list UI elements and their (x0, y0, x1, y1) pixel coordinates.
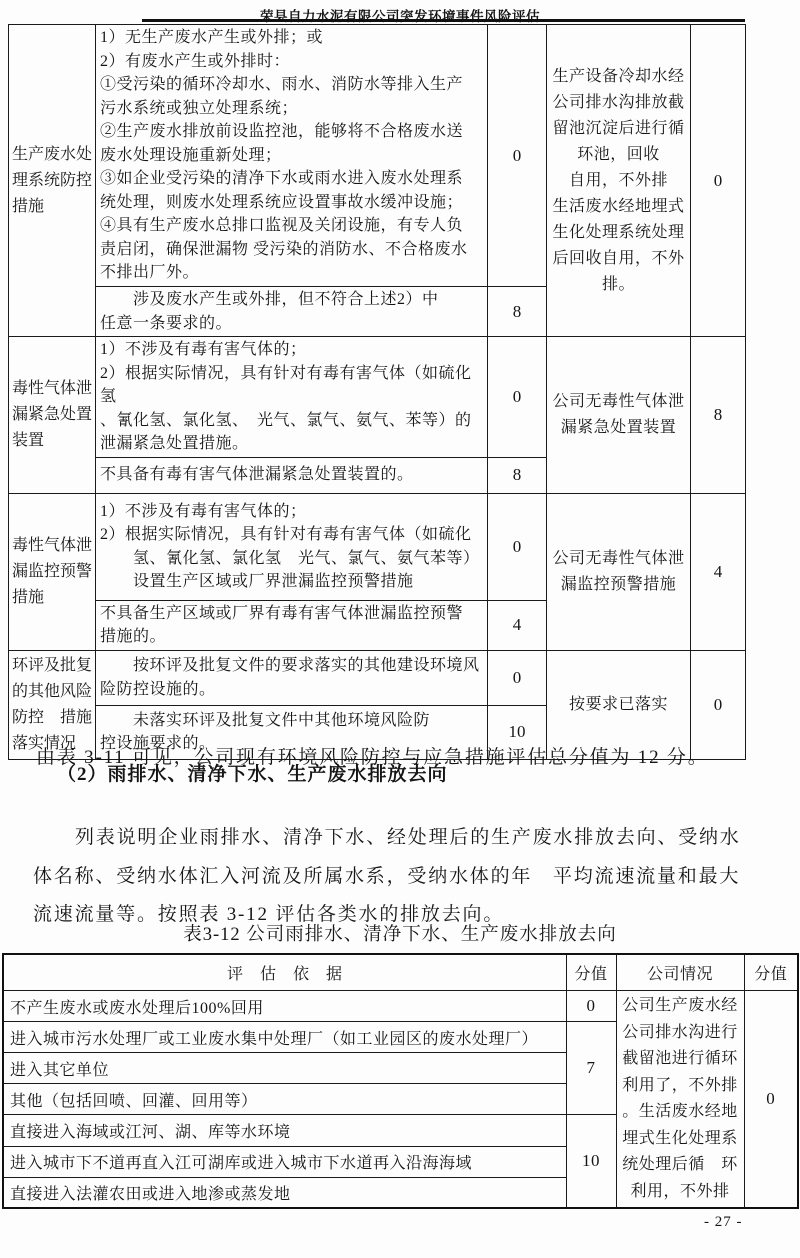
row-label-cell: 毒性气体泄漏紧急处置装置 (9, 337, 96, 494)
score-cell: 0 (566, 991, 616, 1022)
company-status-cell: 生产设备冷却水经 公司排水沟排放截 留池沉淀后进行循 环池，回收 自用，不外排 … (547, 25, 691, 337)
document-page: 荣县自力水泥有限公司突发环境事件风险评估 生产废水处理系统防控措施 1）无生产废… (0, 0, 800, 1258)
score-cell: 0 (488, 493, 547, 600)
criteria-cell: 进入城市下不道再直入江可湖库或进入城市下水道再入沿海海域 (3, 1146, 566, 1177)
header-score: 分值 (744, 954, 798, 991)
table-row: 毒性气体泄漏紧急处置装置 1）不涉及有毒有害气体的； 2）根据实际情况，具有针对… (9, 337, 746, 458)
criteria-cell: 直接进入海域或江河、湖、库等水环境 (3, 1115, 566, 1146)
company-score-cell: 0 (691, 25, 746, 337)
table-row: 生产废水处理系统防控措施 1）无生产废水产生或外排；或 2）有废水产生或外排时：… (9, 25, 746, 287)
criteria-cell: 不具备有毒有害气体泄漏紧急处置装置的。 (96, 457, 488, 493)
score-cell: 0 (488, 650, 547, 705)
score-cell: 4 (488, 600, 547, 650)
criteria-cell: 进入其它单位 (3, 1053, 566, 1084)
score-cell: 8 (488, 457, 547, 493)
risk-measures-table: 生产废水处理系统防控措施 1）无生产废水产生或外排；或 2）有废水产生或外排时：… (8, 24, 746, 760)
company-status-cell: 公司无毒性气体泄 漏监控预警措施 (547, 493, 691, 650)
table-header-row: 评 估 依 据 分值 公司情况 分值 (3, 954, 798, 991)
page-number: - 27 - (704, 1214, 743, 1231)
criteria-cell: 其他（包括回喷、回灌、回用等） (3, 1084, 566, 1115)
discharge-destination-table: 评 估 依 据 分值 公司情况 分值 不产生废水或废水处理后100%回用 0 公… (2, 953, 799, 1209)
table-row: 毒性气体泄漏监控预警措施 1）不涉及有毒有害气体的； 2）根据实际情况，具有针对… (9, 493, 746, 600)
company-status-cell: 公司无毒性气体泄 漏紧急处置装置 (547, 337, 691, 494)
body-paragraph: 列表说明企业雨排水、清净下水、经处理后的生产废水排放去向、受纳水 体名称、受纳水… (33, 819, 763, 935)
criteria-cell: 涉及废水产生或外排，但不符合上述2）中 任意一条要求的。 (96, 287, 488, 337)
header-criteria: 评 估 依 据 (3, 954, 566, 991)
criteria-cell: 直接进入法灌农田或进入地渗或蒸发地 (3, 1177, 566, 1208)
score-cell: 10 (566, 1115, 616, 1208)
criteria-cell: 1）不涉及有毒有害气体的； 2）根据实际情况，具有针对有毒有害气体（如硫化 氢、… (96, 493, 488, 600)
score-cell: 7 (566, 1022, 616, 1115)
score-cell: 0 (488, 25, 547, 287)
table-caption: 表3-12 公司雨排水、清净下水、生产废水排放去向 (0, 920, 800, 950)
company-score-cell: 8 (691, 337, 746, 494)
header-score: 分值 (566, 954, 616, 991)
company-status-cell: 公司生产废水经 公司排水沟进行 截留池进行循环 利用了，不外排 。生活废水经地 … (616, 991, 744, 1209)
criteria-cell: 不具备生产区域或厂界有毒有害气体泄漏监控预警 措施的。 (96, 600, 488, 650)
criteria-cell: 1）无生产废水产生或外排；或 2）有废水产生或外排时： ①受污染的循环冷却水、雨… (96, 25, 488, 287)
criteria-cell: 不产生废水或废水处理后100%回用 (3, 991, 566, 1022)
row-label-cell: 生产废水处理系统防控措施 (9, 25, 96, 337)
company-score-cell: 4 (691, 493, 746, 650)
table-row: 环评及批复的其他风险防控 措施落实情况 按环评及批复文件的要求落实的其他建设环境… (9, 650, 746, 705)
table-row: 不产生废水或废水处理后100%回用 0 公司生产废水经 公司排水沟进行 截留池进… (3, 991, 798, 1022)
section-heading: （2）雨排水、清净下水、生产废水排放去向 (57, 760, 448, 790)
criteria-cell: 进入城市污水处理厂或工业废水集中处理厂（如工业园区的废水处理厂） (3, 1022, 566, 1053)
page-header: 荣县自力水泥有限公司突发环境事件风险评估 (0, 5, 800, 25)
criteria-cell: 1）不涉及有毒有害气体的； 2）根据实际情况，具有针对有毒有害气体（如硫化氢 、… (96, 337, 488, 458)
row-label-cell: 毒性气体泄漏监控预警措施 (9, 493, 96, 650)
table-top-rule (142, 19, 745, 22)
header-company: 公司情况 (616, 954, 744, 991)
score-cell: 8 (488, 287, 547, 337)
company-score-cell: 0 (744, 991, 798, 1209)
criteria-cell: 按环评及批复文件的要求落实的其他建设环境风 险防控设施的。 (96, 650, 488, 705)
score-cell: 0 (488, 337, 547, 458)
